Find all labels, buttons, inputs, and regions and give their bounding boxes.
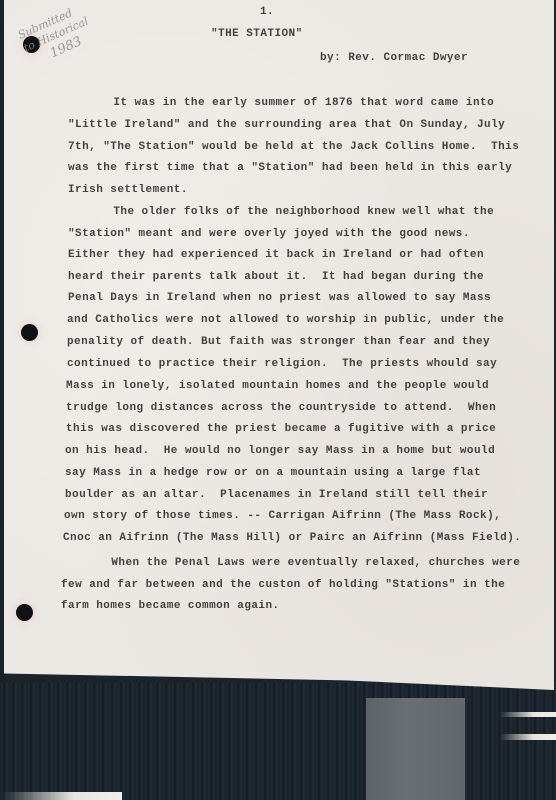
text-line: Cnoc an Aifrinn (The Mass Hill) or Pairc… — [63, 532, 521, 544]
text-line: penality of death. But faith was stronge… — [67, 336, 490, 348]
text-line: on his head. He would no longer say Mass… — [65, 445, 495, 457]
text-line: say Mass in a hedge row or on a mountain… — [65, 467, 481, 479]
punch-hole-middle — [21, 324, 38, 341]
text-line: this was discovered the priest became a … — [66, 423, 496, 435]
text-line: farm homes became common again. — [61, 600, 280, 612]
scanner-background — [0, 682, 556, 800]
text-line: few and far between and the custon of ho… — [61, 579, 505, 591]
text-line: Irish settlement. — [68, 184, 188, 196]
scanner-streak — [500, 734, 556, 740]
author-byline: by: Rev. Cormac Dwyer — [320, 52, 468, 64]
document-title: "THE STATION" — [211, 28, 303, 40]
text-line: and Catholics were not allowed to worshi… — [67, 314, 504, 326]
text-line: own story of those times. -- Carrigan Ai… — [64, 510, 501, 522]
text-line: heard their parents talk about it. It ha… — [68, 271, 484, 283]
text-line: Mass in lonely, isolated mountain homes … — [66, 380, 489, 392]
text-line: Penal Days in Ireland when no priest was… — [68, 292, 491, 304]
punch-hole-bottom — [16, 604, 33, 621]
document-page: Submitted to Historical 1983 1. "THE STA… — [4, 0, 554, 690]
text-line: It was in the early summer of 1876 that … — [64, 97, 494, 109]
scanner-gray-strip — [366, 698, 465, 800]
text-line: "Station" meant and were overly joyed wi… — [68, 228, 470, 240]
text-line: Either they had experienced it back in I… — [68, 249, 484, 261]
text-line: "Little Ireland" and the surrounding are… — [68, 119, 505, 131]
handwritten-annotation: Submitted to Historical 1983 — [16, 2, 97, 70]
text-line: 7th, "The Station" would be held at the … — [68, 141, 519, 153]
text-line: boulder as an altar. Placenames in Irela… — [65, 489, 488, 501]
scanner-streak — [500, 712, 556, 717]
text-line: trudge long distances across the country… — [66, 402, 496, 414]
text-line: was the first time that a "Station" had … — [68, 162, 512, 174]
text-line: When the Penal Laws were eventually rela… — [62, 557, 520, 569]
scanner-streak — [2, 792, 122, 800]
text-line: continued to practice their religion. Th… — [67, 358, 497, 370]
text-line: The older folks of the neighborhood knew… — [64, 206, 494, 218]
page-number: 1. — [260, 6, 274, 18]
scanner-left-edge — [0, 0, 4, 690]
